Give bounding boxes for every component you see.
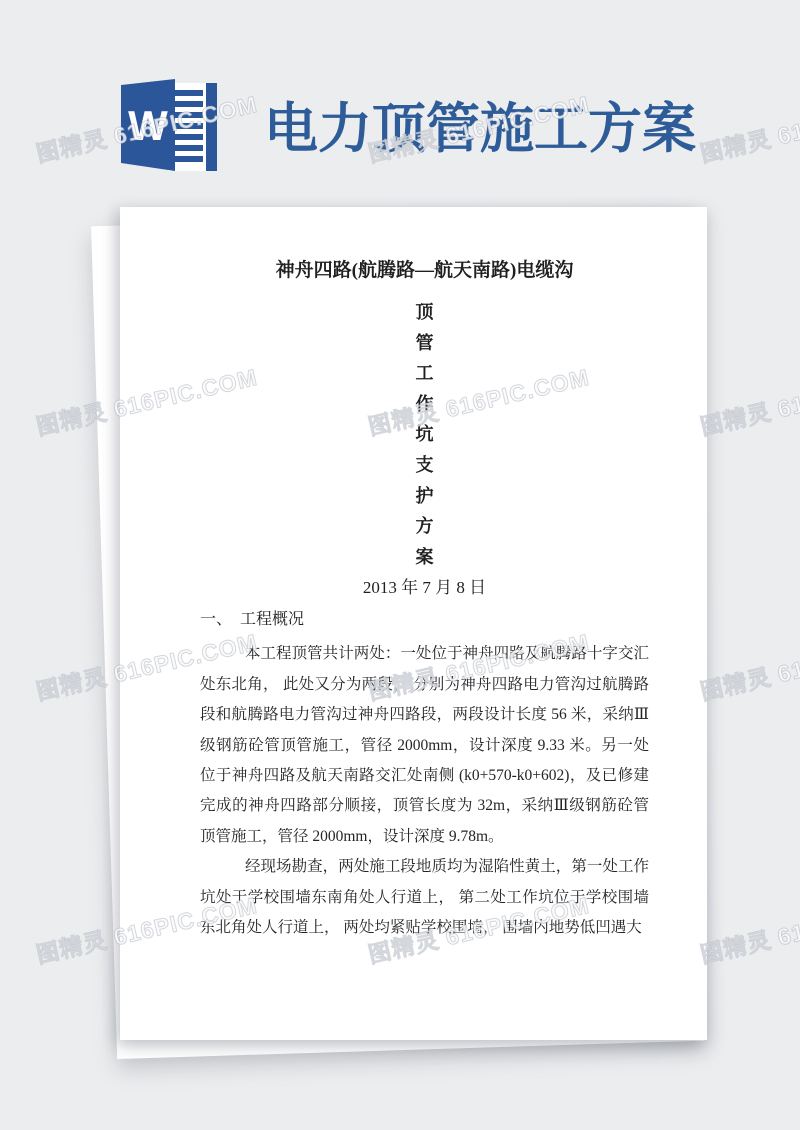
paragraph: 本工程顶管共计两处：一处位于神舟四路及航腾路十字交汇处东北角， 此处又分为两段，… [200,639,649,852]
vertical-title-char: 方 [200,511,649,542]
page-canvas: W 电力顶管施工方案 神舟四路(航腾路—航天南路)电缆沟 顶 管 工 作 坑 支… [0,0,800,1130]
section-heading: 一、 工程概况 [200,604,649,635]
vertical-title-char: 管 [200,328,649,359]
word-icon: W [113,76,228,182]
watermark-text: 图精灵 616PIC.COM [697,86,800,169]
paragraph: 经现场勘查，两处施工段地质均为湿陷性黄土，第一处工作坑处于学校围墙东南角处人行道… [200,852,649,943]
document-page: 神舟四路(航腾路—航天南路)电缆沟 顶 管 工 作 坑 支 护 方 案 2013… [120,207,707,1040]
page-title: 电力顶管施工方案 [264,76,696,182]
document-vertical-title: 顶 管 工 作 坑 支 护 方 案 [200,297,649,572]
vertical-title-char: 工 [200,358,649,389]
header: W 电力顶管施工方案 [113,76,696,182]
vertical-title-char: 作 [200,389,649,420]
document-title: 神舟四路(航腾路—航天南路)电缆沟 [200,255,649,287]
vertical-title-char: 支 [200,450,649,481]
watermark-text: 图精灵 616PIC.COM [697,359,800,442]
watermark-text: 图精灵 616PIC.COM [697,887,800,970]
vertical-title-char: 护 [200,481,649,512]
word-icon-w-letter: W [128,102,168,149]
document-date: 2013 年 7 月 8 日 [200,572,649,604]
vertical-title-char: 案 [200,542,649,573]
vertical-title-char: 顶 [200,297,649,328]
watermark-text: 图精灵 616PIC.COM [697,624,800,707]
vertical-title-char: 坑 [200,419,649,450]
